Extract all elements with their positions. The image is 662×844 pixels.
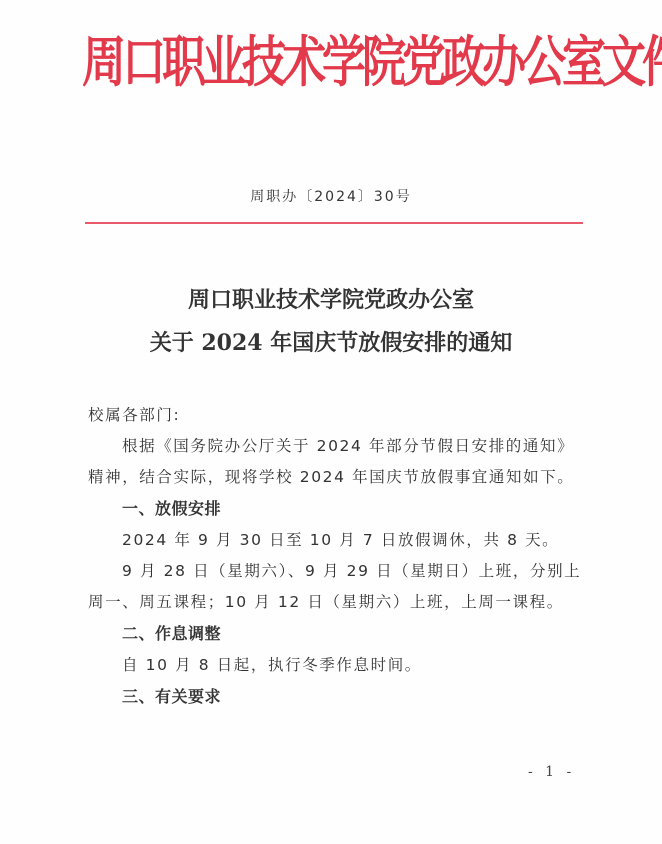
section-heading-1: 一、放假安排 [122, 496, 221, 519]
notice-title-line2: 关于 2024 年国庆节放假安排的通知 [0, 326, 662, 357]
page-number: - 1 - [528, 764, 575, 780]
section-heading-2: 二、作息调整 [122, 621, 221, 644]
salutation: 校属各部门: [88, 403, 180, 425]
section-1-line3: 周一、周五课程；10 月 12 日（星期六）上班，上周一课程。 [88, 590, 564, 612]
section-2-line1: 自 10 月 8 日起，执行冬季作息时间。 [122, 653, 422, 675]
masthead-title: 周口职业技术学院党政办公室文件 [82, 26, 584, 101]
intro-paragraph-line2: 精神，结合实际，现将学校 2024 年国庆节放假事宜通知如下。 [88, 465, 574, 487]
intro-paragraph-line1: 根据《国务院办公厅关于 2024 年部分节假日安排的通知》 [122, 434, 574, 456]
document-number: 周职办〔2024〕30号 [0, 186, 662, 206]
section-1-line2: 9 月 28 日（星期六）、9 月 29 日（星期日）上班，分别上 [122, 559, 581, 581]
section-heading-3: 三、有关要求 [122, 684, 221, 707]
red-divider [85, 222, 583, 224]
notice-title-line1: 周口职业技术学院党政办公室 [0, 283, 662, 314]
section-1-line1: 2024 年 9 月 30 日至 10 月 7 日放假调休，共 8 天。 [122, 528, 559, 550]
document-page: 周口职业技术学院党政办公室文件 周职办〔2024〕30号 周口职业技术学院党政办… [0, 0, 662, 844]
